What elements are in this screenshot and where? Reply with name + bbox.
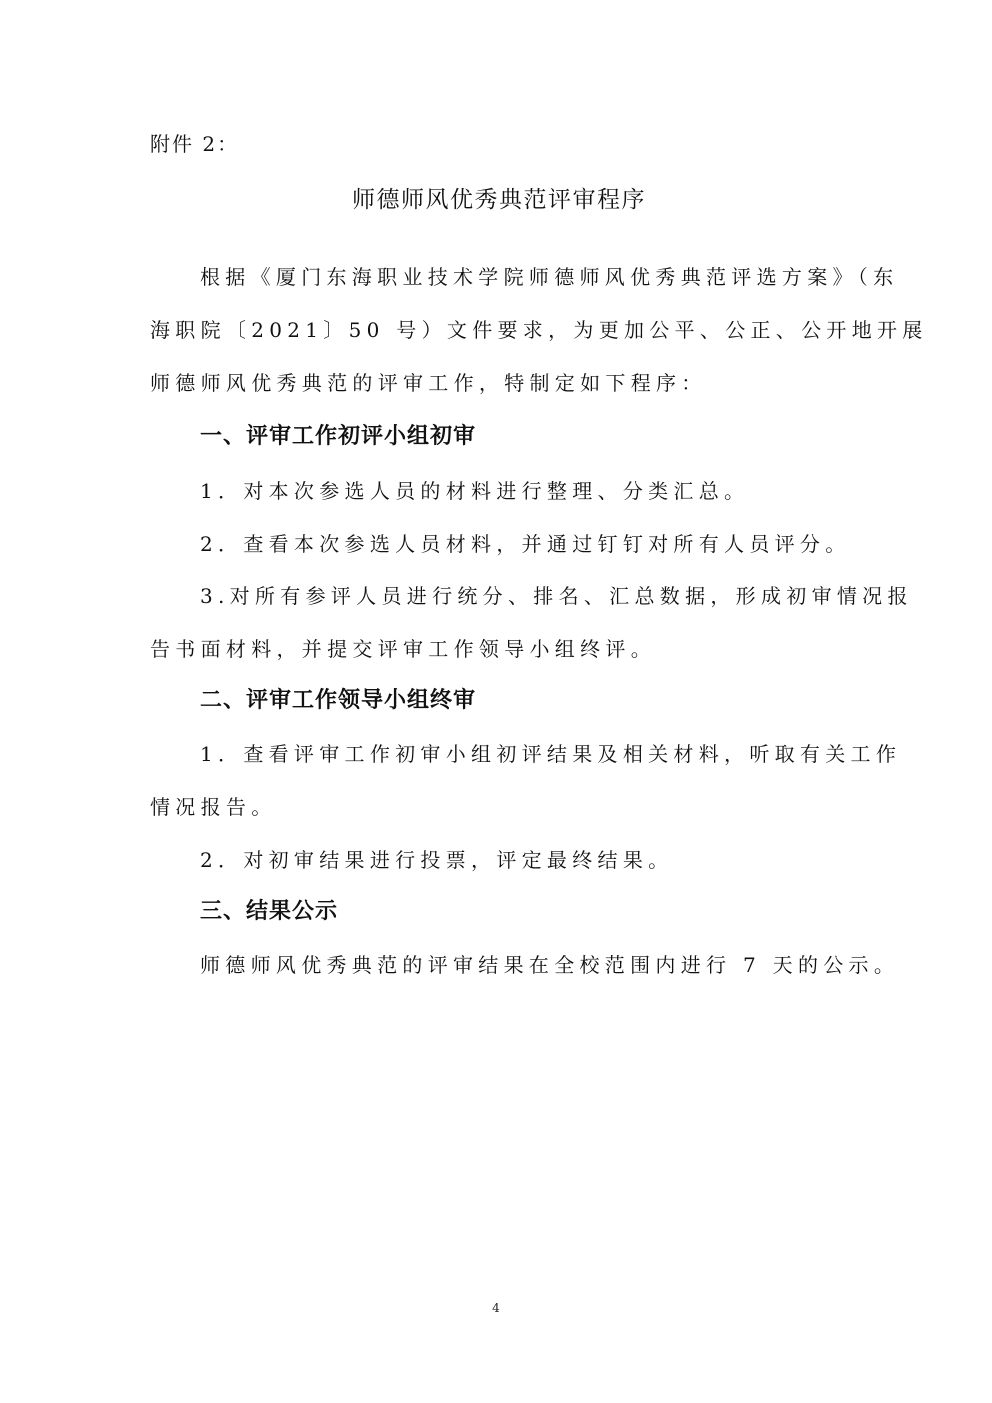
section-3-heading: 三、结果公示 [200,897,338,927]
attachment-label: 附件 2： [150,131,239,157]
section-2-heading: 二、评审工作领导小组终审 [200,686,476,716]
section-2-item-1-line-1: 1．查看评审工作初审小组初评结果及相关材料，听取有关工作 [200,741,901,767]
section-3-body: 师德师风优秀典范的评审结果在全校范围内进行 7 天的公示。 [200,952,899,978]
section-1-item-1: 1．对本次参选人员的材料进行整理、分类汇总。 [200,478,749,504]
page-number: 4 [0,1301,992,1315]
section-1-heading: 一、评审工作初评小组初审 [200,422,476,452]
section-1-item-2: 2．查看本次参选人员材料，并通过钉钉对所有人员评分。 [200,531,851,557]
intro-paragraph-line-2: 海职院〔2021〕50 号）文件要求，为更加公平、公正、公开地开展 [150,317,928,343]
section-1-item-3-line-1: 3.对所有参评人员进行统分、排名、汇总数据，形成初审情况报 [200,583,913,609]
section-2-item-2: 2．对初审结果进行投票，评定最终结果。 [200,847,673,873]
document-page: 附件 2： 师德师风优秀典范评审程序 根据《厦门东海职业技术学院师德师风优秀典范… [0,0,992,1403]
document-title: 师德师风优秀典范评审程序 [0,184,992,216]
section-1-item-3-line-2: 告书面材料，并提交评审工作领导小组终评。 [150,636,656,662]
intro-paragraph-line-3: 师德师风优秀典范的评审工作，特制定如下程序： [150,370,707,396]
section-2-item-1-line-2: 情况报告。 [150,794,277,820]
intro-paragraph-line-1: 根据《厦门东海职业技术学院师德师风优秀典范评选方案》（东 [200,264,898,290]
